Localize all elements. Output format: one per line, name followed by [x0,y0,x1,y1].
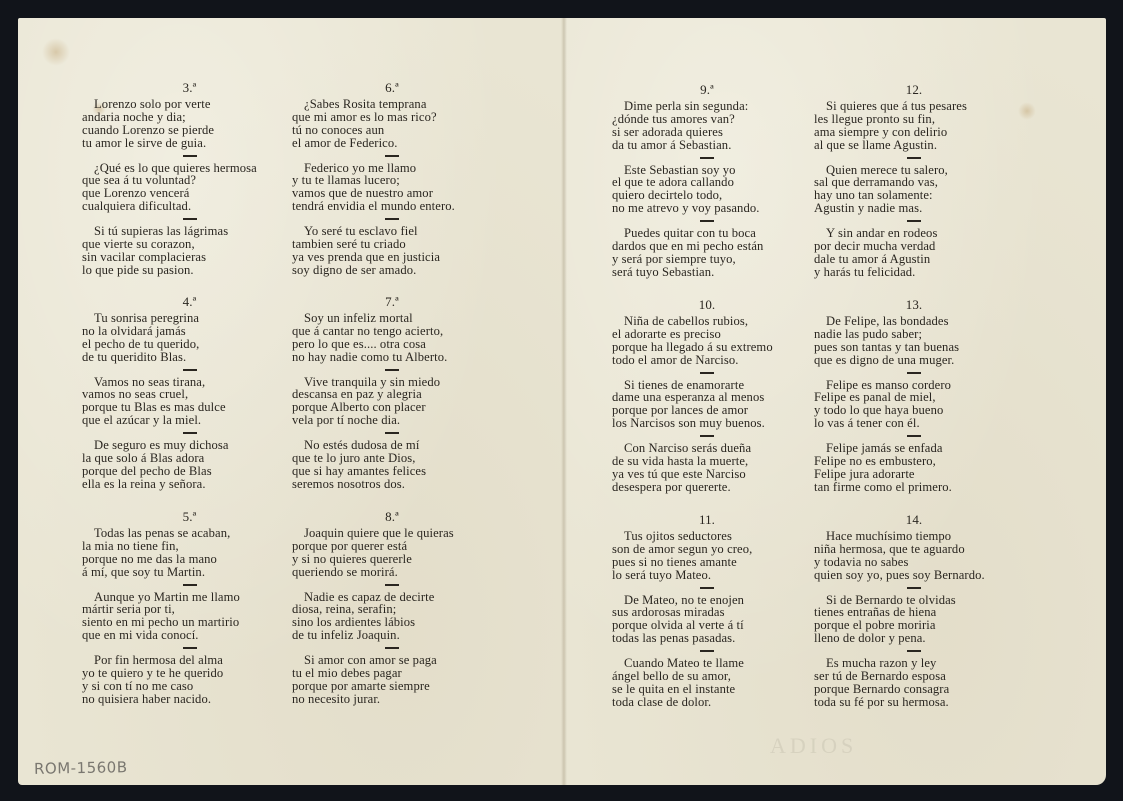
section-number: 13. [814,297,1014,315]
verse-line: la que solo á Blas adora [82,452,297,465]
stanza: De Mateo, no te enojen sus ardorosas mir… [612,594,802,646]
verse-line: seremos nosotros dos. [292,478,492,491]
verse-line: desespera por quererte. [612,481,802,494]
song-section-8: 8.ª Joaquin quiere que le quieras porque… [292,509,492,706]
verse-line: Dime perla sin segunda: [612,100,802,113]
verse-line: queriendo se morirá. [292,566,492,579]
verse-line: tambien seré tu criado [292,238,492,251]
section-number: 7.ª [292,294,492,312]
verse-line: no hay nadie como tu Alberto. [292,351,492,364]
stanza-divider [183,218,197,220]
verse-line: toda clase de dolor. [612,696,802,709]
song-section-5: 5.ª Todas las penas se acaban, la mia no… [82,509,297,706]
song-section-13: 13. De Felipe, las bondades nadie las pu… [814,297,1014,494]
verse-line: Todas las penas se acaban, [82,527,297,540]
verse-line: todas las penas pasadas. [612,632,802,645]
verse-line: ¿Sabes Rosita temprana [292,98,492,111]
verse-line: Hace muchísimo tiempo [814,530,1014,543]
stanza-divider [385,647,399,649]
verse-line: ángel bello de su amor, [612,670,802,683]
verse-line: si ser adorada quieres [612,126,802,139]
verse-line: Lorenzo solo por verte [82,98,297,111]
stanza: Cuando Mateo te llame ángel bello de su … [612,657,802,709]
verse-line: porque no me das la mano [82,553,297,566]
stanza-divider [907,372,921,374]
stanza: Con Narciso serás dueña de su vida hasta… [612,442,802,494]
verse-line: á mí, que soy tu Martin. [82,566,297,579]
verse-line: tu el mio debes pagar [292,667,492,680]
song-section-11: 11. Tus ojitos seductores son de amor se… [612,512,802,709]
stanza: Es mucha razon y ley ser tú de Bernardo … [814,657,1014,709]
section-number: 9.ª [612,82,802,100]
verse-line: de su vida hasta la muerte, [612,455,802,468]
verse-line: pero lo que es.... otra cosa [292,338,492,351]
stanza: De seguro es muy dichosa la que solo á B… [82,439,297,491]
song-section-4: 4.ª Tu sonrisa peregrina no la olvidará … [82,294,297,491]
verse-line: Tu sonrisa peregrina [82,312,297,325]
stanza: Nadie es capaz de decirte diosa, reina, … [292,591,492,643]
verse-line: nadie las pudo saber; [814,328,1014,341]
verse-line: yo te quiero y te he querido [82,667,297,680]
stanza: Niña de cabellos rubios, el adorarte es … [612,315,802,367]
verse-line: ella es la reina y señora. [82,478,297,491]
verse-line: tu amor le sirve de guia. [82,137,297,150]
paper-stain [42,38,70,66]
stanza: ¿Sabes Rosita temprana que mi amor es lo… [292,98,492,150]
stanza: Yo seré tu esclavo fiel tambien seré tu … [292,225,492,277]
verse-line: quien soy yo, pues soy Bernardo. [814,569,1014,582]
stanza: Si de Bernardo te olvidas tienes entraña… [814,594,1014,646]
stanza: Este Sebastian soy yo el que te adora ca… [612,164,802,216]
verse-line: al que se llame Agustin. [814,139,1014,152]
verse-line: no necesito jurar. [292,693,492,706]
verse-line: ama siempre y con delirio [814,126,1014,139]
stanza: Aunque yo Martin me llamo mártir seria p… [82,591,297,643]
section-number: 4.ª [82,294,297,312]
stanza-divider [907,157,921,159]
stanza-divider [385,155,399,157]
song-section-9: 9.ª Dime perla sin segunda: ¿dónde tus a… [612,82,802,279]
verse-line: niña hermosa, que te aguardo [814,543,1014,556]
stanza-divider [385,584,399,586]
verse-line: Si quieres que á tus pesares [814,100,1014,113]
section-number: 3.ª [82,80,297,98]
verse-line: que vierte su corazon, [82,238,297,251]
stanza-divider [907,650,921,652]
verse-line: y todavia no sabes [814,556,1014,569]
song-section-12: 12. Si quieres que á tus pesares les lle… [814,82,1014,279]
verse-line: que en mi vida conocí. [82,629,297,642]
stanza: Felipe es manso cordero Felipe es panal … [814,379,1014,431]
stanza: Felipe jamás se enfada Felipe no es embu… [814,442,1014,494]
stanza-divider [907,220,921,222]
stanza-divider [385,432,399,434]
verse-line: y si no quieres quererle [292,553,492,566]
stanza: Tu sonrisa peregrina no la olvidará jamá… [82,312,297,364]
stanza-divider [700,372,714,374]
stanza: Hace muchísimo tiempo niña hermosa, que … [814,530,1014,582]
verse-line: porque Bernardo consagra [814,683,1014,696]
stanza-divider [907,435,921,437]
verse-line: no me atrevo y voy pasando. [612,202,802,215]
stanza-divider [700,157,714,159]
verse-line: que si hay amantes felices [292,465,492,478]
paper-stain [1018,102,1036,120]
verse-line: el adorarte es preciso [612,328,802,341]
section-number: 14. [814,512,1014,530]
verse-line: tan firme como el primero. [814,481,1014,494]
verse-line: tú no conoces aun [292,124,492,137]
verse-line: que mi amor es lo mas rico? [292,111,492,124]
section-number: 12. [814,82,1014,100]
verse-line: Joaquin quiere que le quieras [292,527,492,540]
verse-line: ya ves tú que este Narciso [612,468,802,481]
stanza-divider [907,587,921,589]
section-number: 6.ª [292,80,492,98]
stanza: ¿Qué es lo que quieres hermosa que sea á… [82,162,297,214]
verse-line: y harás tu felicidad. [814,266,1014,279]
stanza-divider [183,584,197,586]
verse-line: pues son tantas y tan buenas [814,341,1014,354]
verse-line: vela por tí noche dia. [292,414,492,427]
section-number: 8.ª [292,509,492,527]
verse-line: da tu amor á Sebastian. [612,139,802,152]
verse-line: Tus ojitos seductores [612,530,802,543]
stanza: Soy un infeliz mortal que á cantar no te… [292,312,492,364]
section-number: 10. [612,297,802,315]
verse-line: les llegue pronto su fin, [814,113,1014,126]
stanza-divider [183,369,197,371]
verse-line: cuando Lorenzo se pierde [82,124,297,137]
verse-line: porque por querer está [292,540,492,553]
verse-line: que es digno de una muger. [814,354,1014,367]
stanza: Si quieres que á tus pesares les llegue … [814,100,1014,152]
stanza: Todas las penas se acaban, la mia no tie… [82,527,297,579]
verse-line: pues si no tienes amante [612,556,802,569]
verse-line: y será por siempre tuyo, [612,253,802,266]
stanza-divider [385,369,399,371]
stanza-divider [700,435,714,437]
verse-line: Felipe no es embustero, [814,455,1014,468]
verse-line: sin vacilar complacieras [82,251,297,264]
verse-line: será tuyo Sebastian. [612,266,802,279]
verse-line: todo el amor de Narciso. [612,354,802,367]
verse-line: los Narcisos son muy buenos. [612,417,802,430]
stanza-divider [700,650,714,652]
stanza: Joaquin quiere que le quieras porque por… [292,527,492,579]
stanza: Vive tranquila y sin miedo descansa en p… [292,376,492,428]
verse-line: Agustin y nadie mas. [814,202,1014,215]
show-through-text: ADIOS [770,733,857,759]
section-number: 11. [612,512,802,530]
stanza: De Felipe, las bondades nadie las pudo s… [814,315,1014,367]
song-section-10: 10. Niña de cabellos rubios, el adorarte… [612,297,802,494]
verse-line: soy digno de ser amado. [292,264,492,277]
verse-line: de tu queridito Blas. [82,351,297,364]
stanza: Quien merece tu salero, sal que derraman… [814,164,1014,216]
section-number: 5.ª [82,509,297,527]
verse-line: toda su fé por su hermosa. [814,696,1014,709]
stanza: Por fin hermosa del alma yo te quiero y … [82,654,297,706]
verse-line: el amor de Federico. [292,137,492,150]
verse-line: tendrá envidia el mundo entero. [292,200,492,213]
stanza: Dime perla sin segunda: ¿dónde tus amore… [612,100,802,152]
verse-line: ¿dónde tus amores van? [612,113,802,126]
verse-line: porque por amarte siempre [292,680,492,693]
stanza: Si tú supieras las lágrimas que vierte s… [82,225,297,277]
verse-line: por decir mucha verdad [814,240,1014,253]
song-section-14: 14. Hace muchísimo tiempo niña hermosa, … [814,512,1014,709]
verse-line: que el azúcar y la miel. [82,414,297,427]
verse-line: son de amor segun yo creo, [612,543,802,556]
verse-line: Felipe jura adorarte [814,468,1014,481]
verse-line: que te lo juro ante Dios, [292,452,492,465]
stanza: Lorenzo solo por verte andaria noche y d… [82,98,297,150]
stanza-divider [183,647,197,649]
verse-line: no quisiera haber nacido. [82,693,297,706]
stanza-divider [385,218,399,220]
stanza: No estés dudosa de mí que te lo juro ant… [292,439,492,491]
verse-line: De Felipe, las bondades [814,315,1014,328]
verse-line: lo será tuyo Mateo. [612,569,802,582]
song-section-7: 7.ª Soy un infeliz mortal que á cantar n… [292,294,492,491]
verse-line: andaria noche y dia; [82,111,297,124]
stanza: Si tienes de enamorarte dame una esperan… [612,379,802,431]
verse-line: Soy un infeliz mortal [292,312,492,325]
verse-line: porque ha llegado á su extremo [612,341,802,354]
stanza: Y sin andar en rodeos por decir mucha ve… [814,227,1014,279]
stanza: Federico yo me llamo y tu te llamas luce… [292,162,492,214]
stanza-divider [183,432,197,434]
stanza: Si amor con amor se paga tu el mio debes… [292,654,492,706]
stanza-divider [700,587,714,589]
verse-line: porque del pecho de Blas [82,465,297,478]
stanza: Puedes quitar con tu boca dardos que en … [612,227,802,279]
song-section-6: 6.ª ¿Sabes Rosita temprana que mi amor e… [292,80,492,277]
stanza-divider [700,220,714,222]
verse-line: de tu infeliz Joaquin. [292,629,492,642]
stanza: Vamos no seas tirana, vamos no seas crue… [82,376,297,428]
verse-line: lo que pide su pasion. [82,264,297,277]
verse-line: lleno de dolor y pena. [814,632,1014,645]
stanza: Tus ojitos seductores son de amor segun … [612,530,802,582]
verse-line: lo vas á tener con él. [814,417,1014,430]
archive-shelfmark: ROM-1560B [34,758,128,778]
verse-line: el pecho de tu querido, [82,338,297,351]
verse-line: ya ves prenda que en justicia [292,251,492,264]
verse-line: Niña de cabellos rubios, [612,315,802,328]
page-fold [561,18,567,785]
verse-line: y si con tí no me caso [82,680,297,693]
verse-line: cualquiera dificultad. [82,200,297,213]
verse-line: ser tú de Bernardo esposa [814,670,1014,683]
verse-line: dale tu amor á Agustin [814,253,1014,266]
verse-line: la mia no tiene fin, [82,540,297,553]
verse-line: que á cantar no tengo acierto, [292,325,492,338]
verse-line: no la olvidará jamás [82,325,297,338]
song-section-3: 3.ª Lorenzo solo por verte andaria noche… [82,80,297,277]
stanza-divider [183,155,197,157]
verse-line: se le quita en el instante [612,683,802,696]
verse-line: dardos que en mi pecho están [612,240,802,253]
